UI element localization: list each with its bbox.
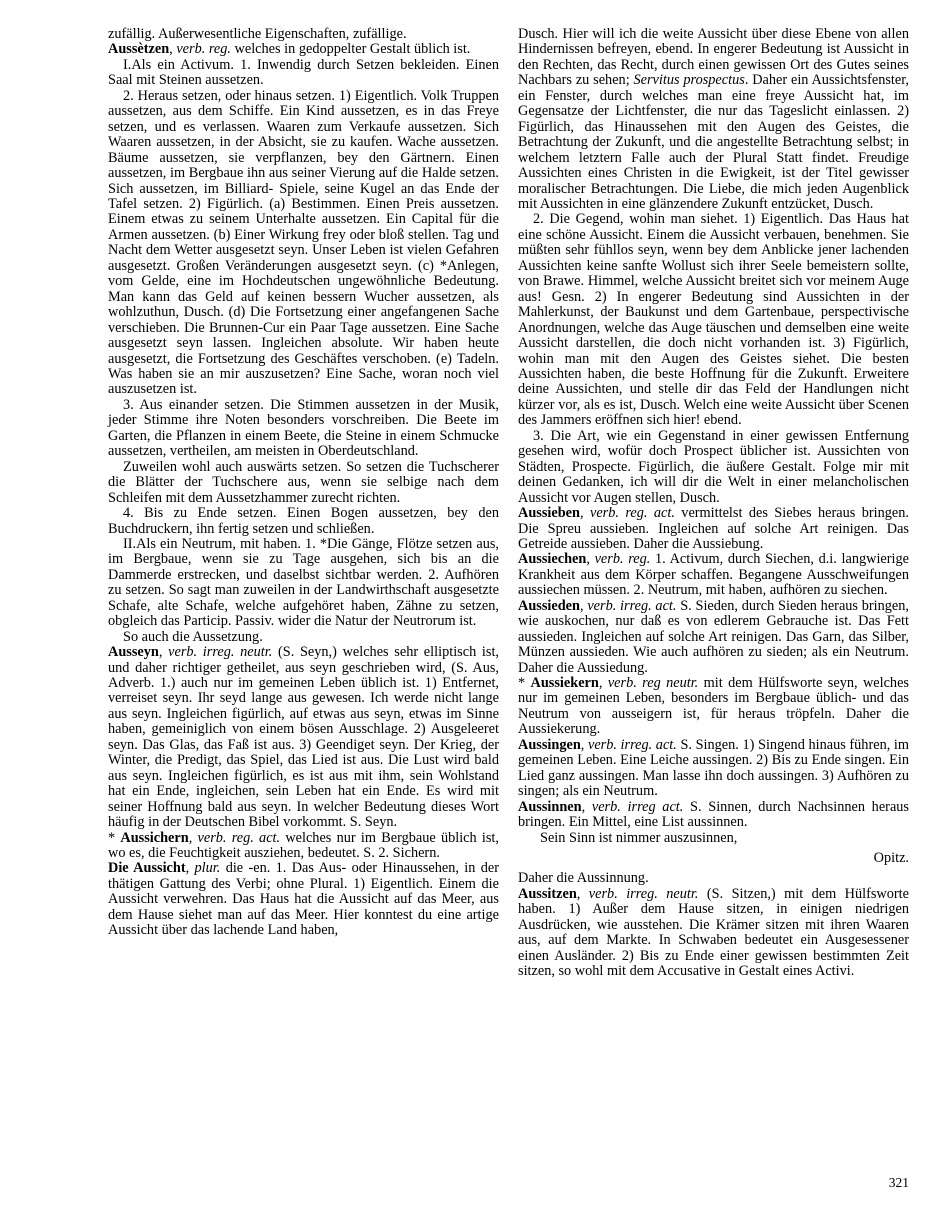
text-run: Sein Sinn ist nimmer auszusinnen, (540, 830, 737, 846)
grammar-label: verb. irreg. act. (588, 737, 677, 753)
grammar-label: Servitus prospectus (634, 72, 745, 88)
paragraph: I.Als ein Activum. 1. Inwendig durch Set… (108, 58, 499, 89)
paragraph: Die Aussicht, plur. die -en. 1. Das Aus-… (108, 861, 499, 938)
text-run: (S. Seyn,) welches sehr elliptisch ist, … (108, 644, 499, 830)
text-run: Opitz. (874, 850, 909, 866)
text-run: * (108, 830, 120, 846)
paragraph: So auch die Aussetzung. (108, 630, 499, 645)
headword: Aussieden (518, 598, 580, 614)
paragraph: * Aussichern, verb. reg. act. welches nu… (108, 831, 499, 862)
text-run: So auch die Aussetzung. (123, 629, 263, 645)
grammar-label: verb. reg neutr. (608, 675, 698, 691)
grammar-label: verb. irreg. act. (587, 598, 676, 614)
page-number: 321 (518, 1175, 909, 1191)
text-run: , (189, 830, 198, 846)
headword: Aussètzen (108, 41, 169, 57)
grammar-label: verb. reg. act. (198, 830, 281, 846)
text-run: 2. Heraus setzen, oder hinaus setzen. 1)… (108, 88, 499, 398)
paragraph: 2. Die Gegend, wohin man siehet. 1) Eige… (518, 212, 909, 428)
paragraph: Dusch. Hier will ich die weite Aussicht … (518, 27, 909, 212)
text-run: , (580, 505, 590, 521)
paragraph: 3. Die Art, wie ein Gegenstand in einer … (518, 429, 909, 506)
dictionary-page: zufällig. Außerwesentliche Eigenschaften… (0, 0, 935, 1210)
paragraph: Zuweilen wohl auch auswärts setzen. So s… (108, 460, 499, 506)
text-run: , (582, 799, 592, 815)
paragraph: Aussètzen, verb. reg. welches in gedoppe… (108, 42, 499, 57)
paragraph: 2. Heraus setzen, oder hinaus setzen. 1)… (108, 89, 499, 398)
text-run: . Daher ein Aussichtsfenster, ein Fenste… (518, 72, 909, 212)
text-run: 2. Die Gegend, wohin man siehet. 1) Eige… (518, 211, 909, 428)
paragraph: zufällig. Außerwesentliche Eigenschaften… (108, 27, 499, 42)
paragraph: Ausseyn, verb. irreg. neutr. (S. Seyn,) … (108, 645, 499, 830)
left-text-column: zufällig. Außerwesentliche Eigenschaften… (108, 27, 499, 939)
text-run: welches in gedoppelter Gestalt üblich is… (231, 41, 470, 57)
headword: Aussitzen (518, 886, 577, 902)
paragraph: Aussieben, verb. reg. act. vermittelst d… (518, 506, 909, 552)
text-run: I.Als ein Activum. 1. Inwendig durch Set… (108, 57, 499, 88)
text-run: Daher die Aussinnung. (518, 870, 649, 886)
text-run: * (518, 675, 531, 691)
grammar-label: verb. reg. act. (590, 505, 675, 521)
grammar-label: verb. reg. (595, 551, 651, 567)
headword: Aussingen (518, 737, 581, 753)
citation-author: Opitz. (518, 851, 909, 866)
grammar-label: verb. irreg. neutr. (589, 886, 699, 902)
text-run: Zuweilen wohl auch auswärts setzen. So s… (108, 459, 499, 506)
text-run: , (186, 860, 195, 876)
grammar-label: verb. reg. (176, 41, 231, 57)
text-run: , (577, 886, 589, 902)
paragraph: 3. Aus einander setzen. Die Stimmen auss… (108, 398, 499, 460)
paragraph: II.Als ein Neutrum, mit haben. 1. *Die G… (108, 537, 499, 630)
paragraph: Aussitzen, verb. irreg. neutr. (S. Sitze… (518, 887, 909, 980)
text-run: , (581, 737, 588, 753)
paragraph: Aussingen, verb. irreg. act. S. Singen. … (518, 738, 909, 800)
headword: Die Aussicht (108, 860, 186, 876)
verse-line: Sein Sinn ist nimmer auszusinnen, (518, 831, 909, 846)
text-run: , (586, 551, 594, 567)
paragraph: * Aussiekern, verb. reg neutr. mit dem H… (518, 676, 909, 738)
headword: Ausseyn (108, 644, 159, 660)
grammar-label: plur. (195, 860, 221, 876)
paragraph: Aussiechen, verb. reg. 1. Activum, durch… (518, 552, 909, 598)
headword: Aussiekern (531, 675, 599, 691)
text-run: 3. Die Art, wie ein Gegenstand in einer … (518, 428, 909, 506)
text-run: 3. Aus einander setzen. Die Stimmen auss… (108, 397, 499, 459)
text-run: II.Als ein Neutrum, mit haben. 1. *Die G… (108, 536, 499, 629)
grammar-label: verb. irreg. neutr. (168, 644, 272, 660)
headword: Aussinnen (518, 799, 582, 815)
text-run: zufällig. Außerwesentliche Eigenschaften… (108, 26, 407, 42)
paragraph: 4. Bis zu Ende setzen. Einen Bogen ausse… (108, 506, 499, 537)
headword: Aussieben (518, 505, 580, 521)
headword: Aussichern (120, 830, 188, 846)
headword: Aussiechen (518, 551, 586, 567)
paragraph: Aussieden, verb. irreg. act. S. Sieden, … (518, 599, 909, 676)
right-text-column: Dusch. Hier will ich die weite Aussicht … (518, 27, 909, 980)
paragraph: Daher die Aussinnung. (518, 871, 909, 886)
text-run: , (599, 675, 608, 691)
text-run: 4. Bis zu Ende setzen. Einen Bogen ausse… (108, 505, 499, 536)
grammar-label: verb. irreg act. (592, 799, 683, 815)
paragraph: Aussinnen, verb. irreg act. S. Sinnen, d… (518, 800, 909, 831)
text-run: , (159, 644, 168, 660)
